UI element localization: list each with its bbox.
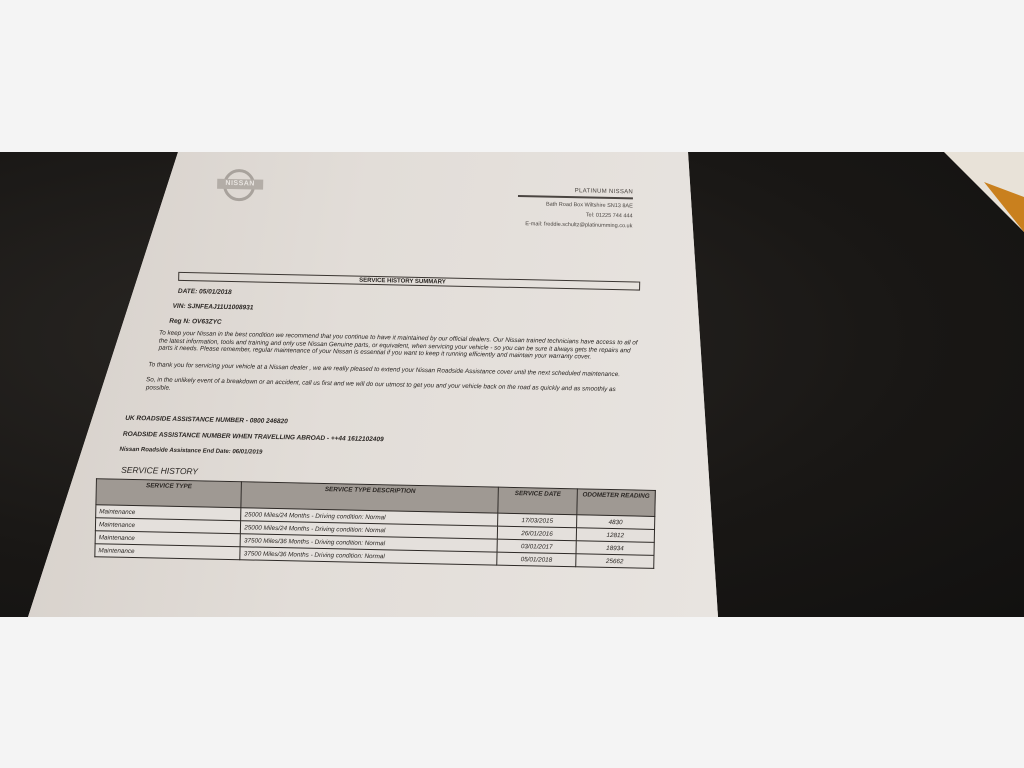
uk-roadside-number: UK ROADSIDE ASSISTANCE NUMBER - 0800 246…: [125, 415, 288, 425]
dealer-address: Bath Road Box Wiltshire SN13 8AE: [518, 201, 633, 209]
service-document: NISSAN PLATINUM NISSAN Bath Road Box Wil…: [28, 152, 718, 617]
dealer-email: E-mail: freddie.schultz@platinumming.co.…: [517, 221, 632, 229]
registration: Reg N: OV63ZYC: [169, 318, 222, 326]
dealer-tel: Tel: 01225 744 444: [518, 211, 633, 219]
col-service-type: SERVICE TYPE: [96, 479, 242, 508]
service-history-title: SERVICE HISTORY: [121, 465, 198, 477]
cell-type: Maintenance: [95, 544, 241, 560]
col-service-date: SERVICE DATE: [498, 487, 577, 515]
paragraph-roadside: To thank you for servicing your vehicle …: [148, 361, 628, 379]
paragraph-maintenance: To keep your Nissan in the best conditio…: [159, 330, 639, 363]
abroad-roadside-number: ROADSIDE ASSISTANCE NUMBER WHEN TRAVELLI…: [123, 431, 384, 443]
col-odometer: ODOMETER READING: [577, 489, 656, 517]
service-history-table: SERVICE TYPE SERVICE TYPE DESCRIPTION SE…: [94, 478, 656, 569]
nissan-logo-icon: NISSAN: [217, 167, 264, 204]
cell-odometer: 25662: [575, 554, 654, 569]
paragraph-breakdown: So, in the unlikely event of a breakdown…: [146, 376, 626, 401]
dealer-name: PLATINUM NISSAN: [518, 187, 633, 199]
vin: VIN: SJNFEAJ11U1008931: [173, 303, 254, 312]
document-title: SERVICE HISTORY SUMMARY: [178, 272, 640, 291]
photo-background: NISSAN PLATINUM NISSAN Bath Road Box Wil…: [0, 152, 1024, 617]
document-date: DATE: 05/01/2018: [178, 288, 232, 296]
roadside-end-date: Nissan Roadside Assistance End Date: 06/…: [120, 447, 263, 456]
desk-corner: [944, 152, 1024, 232]
cell-date: 05/01/2018: [497, 552, 576, 567]
dealer-info: PLATINUM NISSAN Bath Road Box Wiltshire …: [517, 187, 633, 233]
